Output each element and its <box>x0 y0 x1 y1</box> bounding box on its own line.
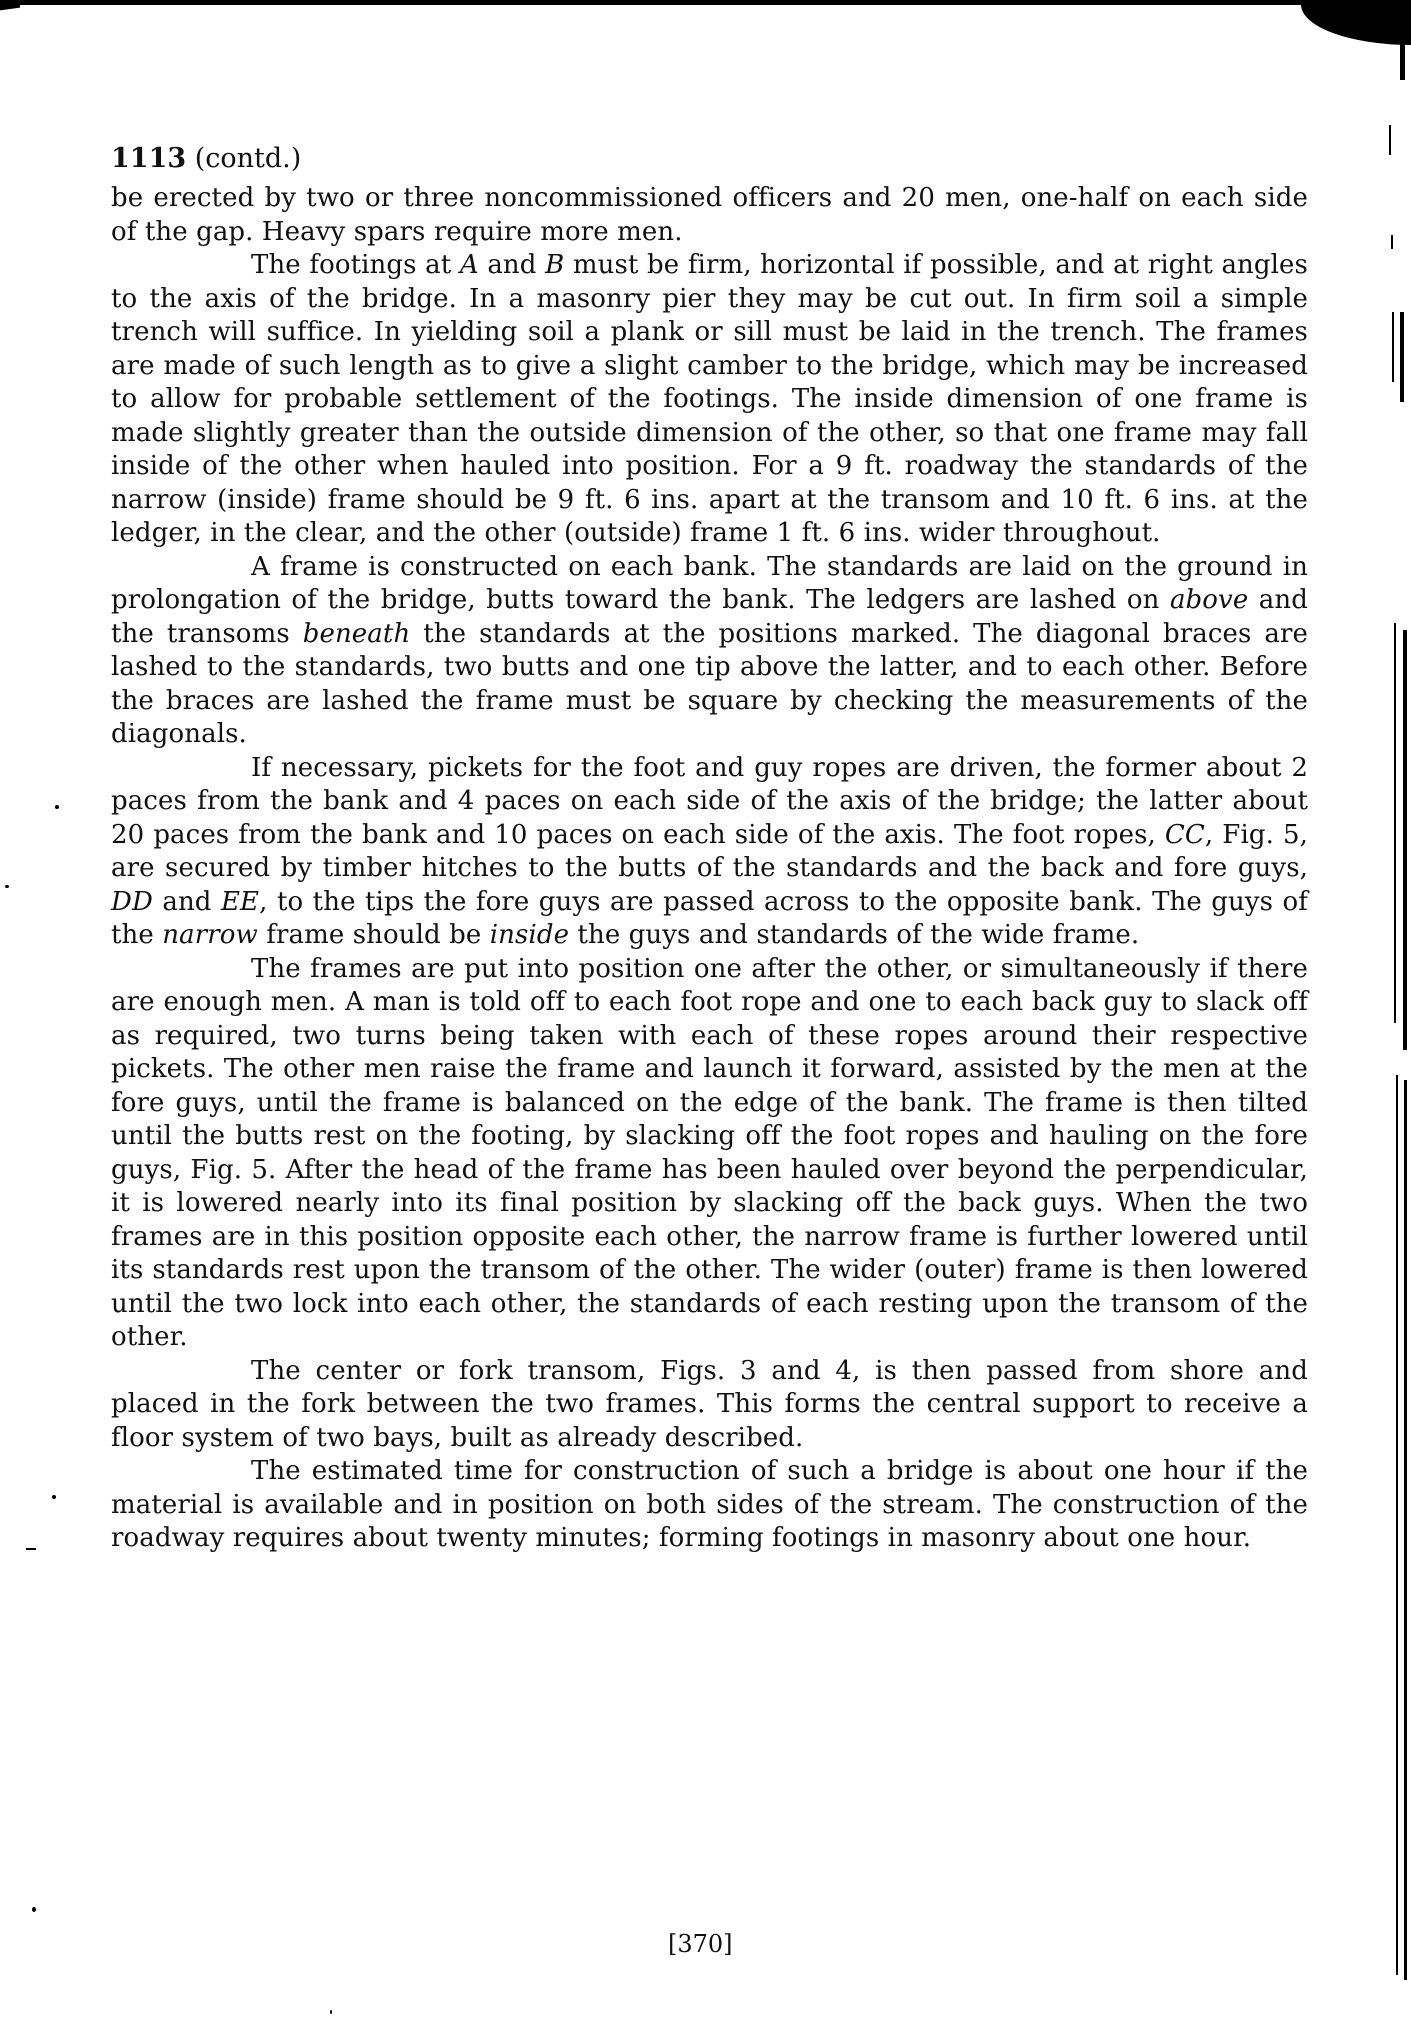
italic-term: EE <box>221 887 259 917</box>
page-number: [370] <box>668 1930 733 1958</box>
paragraph-text: and <box>479 250 545 280</box>
scan-speck <box>52 1495 56 1499</box>
margin-mark <box>1389 125 1391 155</box>
margin-mark <box>1391 235 1393 249</box>
paragraph-text: frame should be <box>258 920 490 950</box>
body-text: be erected by two or three noncommission… <box>111 182 1308 1556</box>
margin-mark <box>1404 1080 1407 1980</box>
paragraph-text: must be firm, horizontal if possible, an… <box>111 250 1308 548</box>
scan-corner-shadow <box>1301 0 1411 45</box>
paragraph: The frames are put into position one aft… <box>111 953 1308 1355</box>
margin-mark <box>1400 312 1404 402</box>
margin-mark <box>1396 1075 1398 1975</box>
paragraph-text: The frames are put into position one aft… <box>111 954 1308 1353</box>
italic-term: inside <box>490 920 569 950</box>
scan-corner-edge <box>1400 30 1405 80</box>
paragraph-text: The center or fork transom, Figs. 3 and … <box>111 1356 1308 1453</box>
paragraph-text: and <box>153 887 221 917</box>
scan-speck <box>55 805 59 809</box>
section-continued-label: (contd.) <box>195 143 302 174</box>
italic-term: beneath <box>303 619 411 649</box>
italic-term: DD <box>111 887 153 917</box>
italic-term: CC <box>1165 820 1205 850</box>
paragraph: If necessary, pickets for the foot and g… <box>111 752 1308 953</box>
scan-top-left-edge <box>0 2 20 11</box>
scan-speck <box>26 1548 36 1550</box>
italic-term: above <box>1170 585 1248 615</box>
italic-term: A <box>460 250 479 280</box>
scan-speck <box>330 2010 332 2014</box>
paragraph: The footings at A and B must be firm, ho… <box>111 249 1308 551</box>
paragraph-text: The estimated time for construction of s… <box>111 1456 1308 1553</box>
document-page: 1113 (contd.) be erected by two or three… <box>111 140 1308 1556</box>
section-heading: 1113 (contd.) <box>111 140 1308 178</box>
italic-term: B <box>545 250 564 280</box>
scan-top-edge-rule <box>0 0 1380 5</box>
margin-mark <box>1392 312 1394 382</box>
scan-speck <box>32 1907 36 1912</box>
scan-speck <box>5 885 9 888</box>
paragraph: The center or fork transom, Figs. 3 and … <box>111 1355 1308 1456</box>
margin-mark <box>1394 623 1396 1023</box>
margin-mark <box>1403 630 1407 1050</box>
paragraph-text: If necessary, pickets for the foot and g… <box>111 753 1308 850</box>
section-number: 1113 <box>111 143 186 174</box>
paragraph-text: the guys and standards of the wide frame… <box>569 920 1139 950</box>
paragraph: A frame is constructed on each bank. The… <box>111 551 1308 752</box>
paragraph: be erected by two or three noncommission… <box>111 182 1308 249</box>
paragraph-text: be erected by two or three noncommission… <box>111 183 1308 247</box>
paragraph: The estimated time for construction of s… <box>111 1455 1308 1556</box>
paragraph-text: A frame is constructed on each bank. The… <box>111 552 1308 616</box>
italic-term: narrow <box>162 920 258 950</box>
paragraph-text: The footings at <box>251 250 460 280</box>
